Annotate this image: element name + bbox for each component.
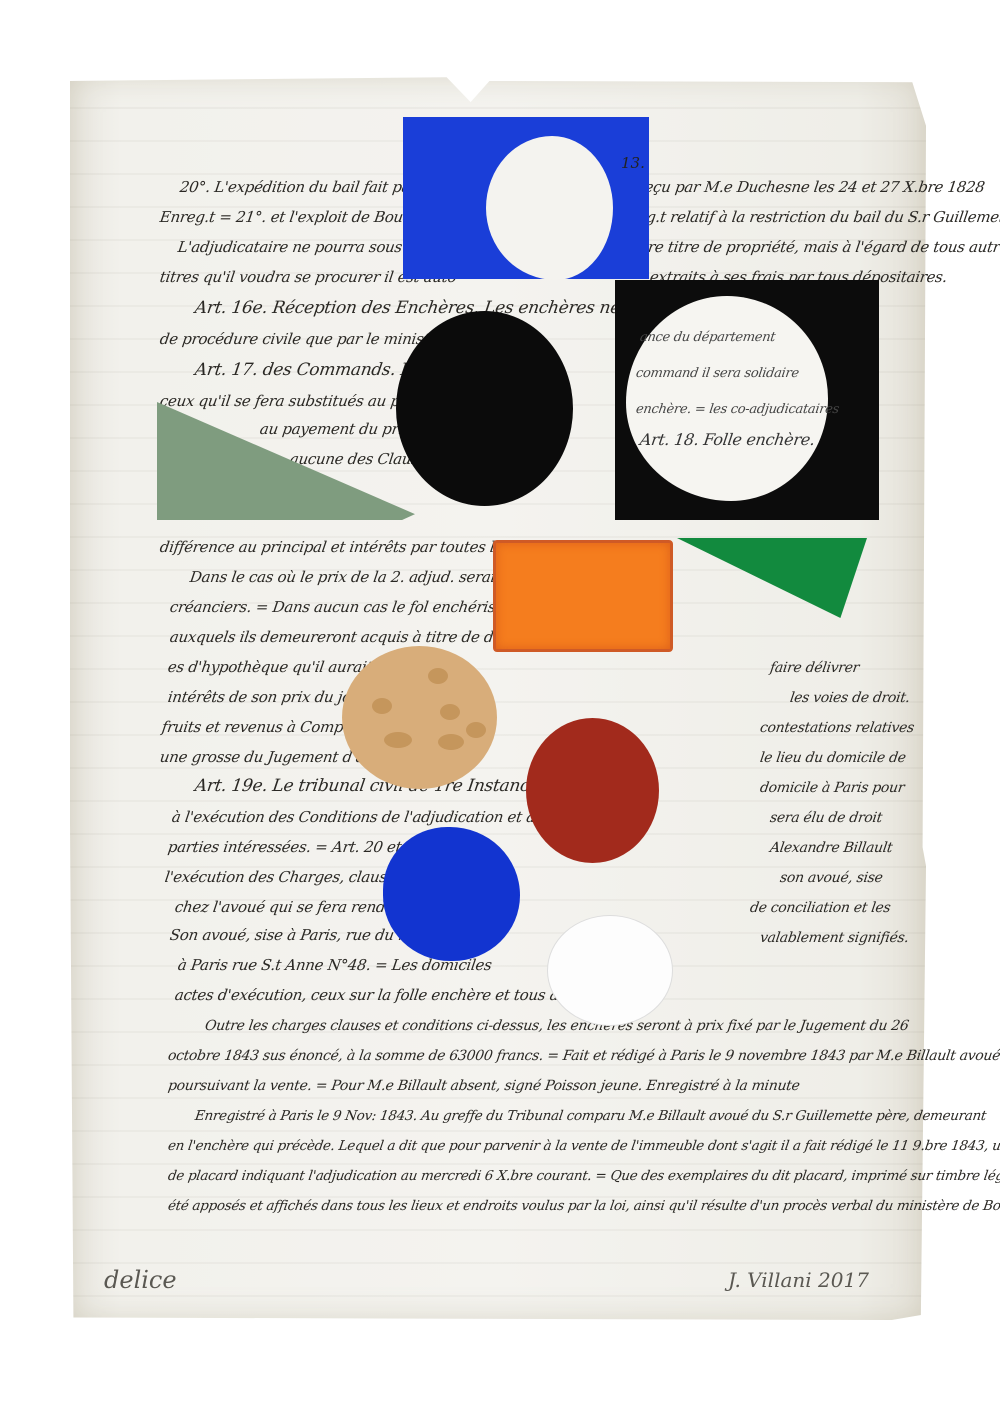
artist-signature: J. Villani 2017 bbox=[728, 1268, 869, 1292]
manuscript-fragment: Art. 18. Folle enchère. bbox=[639, 430, 816, 449]
tan-spotted-circle bbox=[342, 646, 497, 789]
title-inscription: delice bbox=[104, 1266, 177, 1294]
manuscript-line: Outre les charges clauses et conditions … bbox=[204, 1018, 910, 1034]
black-rectangle-cutout: ance du département command il sera soli… bbox=[615, 280, 879, 520]
stain-spot bbox=[372, 698, 392, 714]
manuscript-line: Enregistré à Paris le 9 Nov: 1843. Au gr… bbox=[194, 1108, 987, 1124]
stain-spot bbox=[428, 668, 448, 684]
red-circle bbox=[526, 718, 659, 863]
blue-circle bbox=[383, 827, 520, 961]
circular-window: ance du département command il sera soli… bbox=[626, 296, 828, 501]
black-circle bbox=[396, 311, 573, 506]
manuscript-line: en l'enchère qui précède. Lequel a dit q… bbox=[167, 1138, 1000, 1154]
stain-spot bbox=[466, 722, 486, 738]
manuscript-fragment: de conciliation et les bbox=[749, 900, 892, 916]
manuscript-line: actes d'exécution, ceux sur la folle enc… bbox=[174, 986, 598, 1004]
manuscript-fragment: son avoué, sise bbox=[779, 870, 884, 886]
stain-spot bbox=[440, 704, 460, 720]
manuscript-line: poursuivant la vente. = Pour M.e Billaul… bbox=[167, 1078, 801, 1094]
manuscript-fragment: enchère. = les co-adjudicataires bbox=[635, 402, 840, 417]
manuscript-fragment: les voies de droit. bbox=[789, 690, 911, 706]
manuscript-line: octobre 1843 sus énoncé, à la somme de 6… bbox=[167, 1048, 1000, 1064]
blue-rectangle-cutout: 13. bbox=[403, 117, 649, 279]
manuscript-fragment: sera élu de droit bbox=[769, 810, 883, 826]
manuscript-fragment: domicile à Paris pour bbox=[759, 780, 905, 796]
manuscript-fragment: Alexandre Billault bbox=[769, 840, 894, 856]
manuscript-line: été apposés et affichés dans tous les li… bbox=[167, 1198, 1000, 1214]
manuscript-fragment: ance du département bbox=[639, 330, 776, 345]
stain-spot bbox=[438, 734, 464, 750]
orange-painted-rectangle bbox=[493, 540, 673, 652]
manuscript-fragment: command il sera solidaire bbox=[635, 366, 800, 381]
manuscript-fragment: faire délivrer bbox=[769, 660, 860, 676]
stain-spot bbox=[384, 732, 412, 748]
manuscript-fragment: valablement signifiés. bbox=[759, 930, 910, 946]
page-number: 13. bbox=[621, 154, 645, 172]
manuscript-fragment: contestations relatives bbox=[759, 720, 915, 736]
manuscript-line: de placard indiquant l'adjudication au m… bbox=[167, 1168, 1000, 1184]
manuscript-fragment: le lieu du domicile de bbox=[759, 750, 907, 766]
white-circle bbox=[547, 915, 673, 1026]
circular-window: 13. bbox=[486, 136, 613, 280]
